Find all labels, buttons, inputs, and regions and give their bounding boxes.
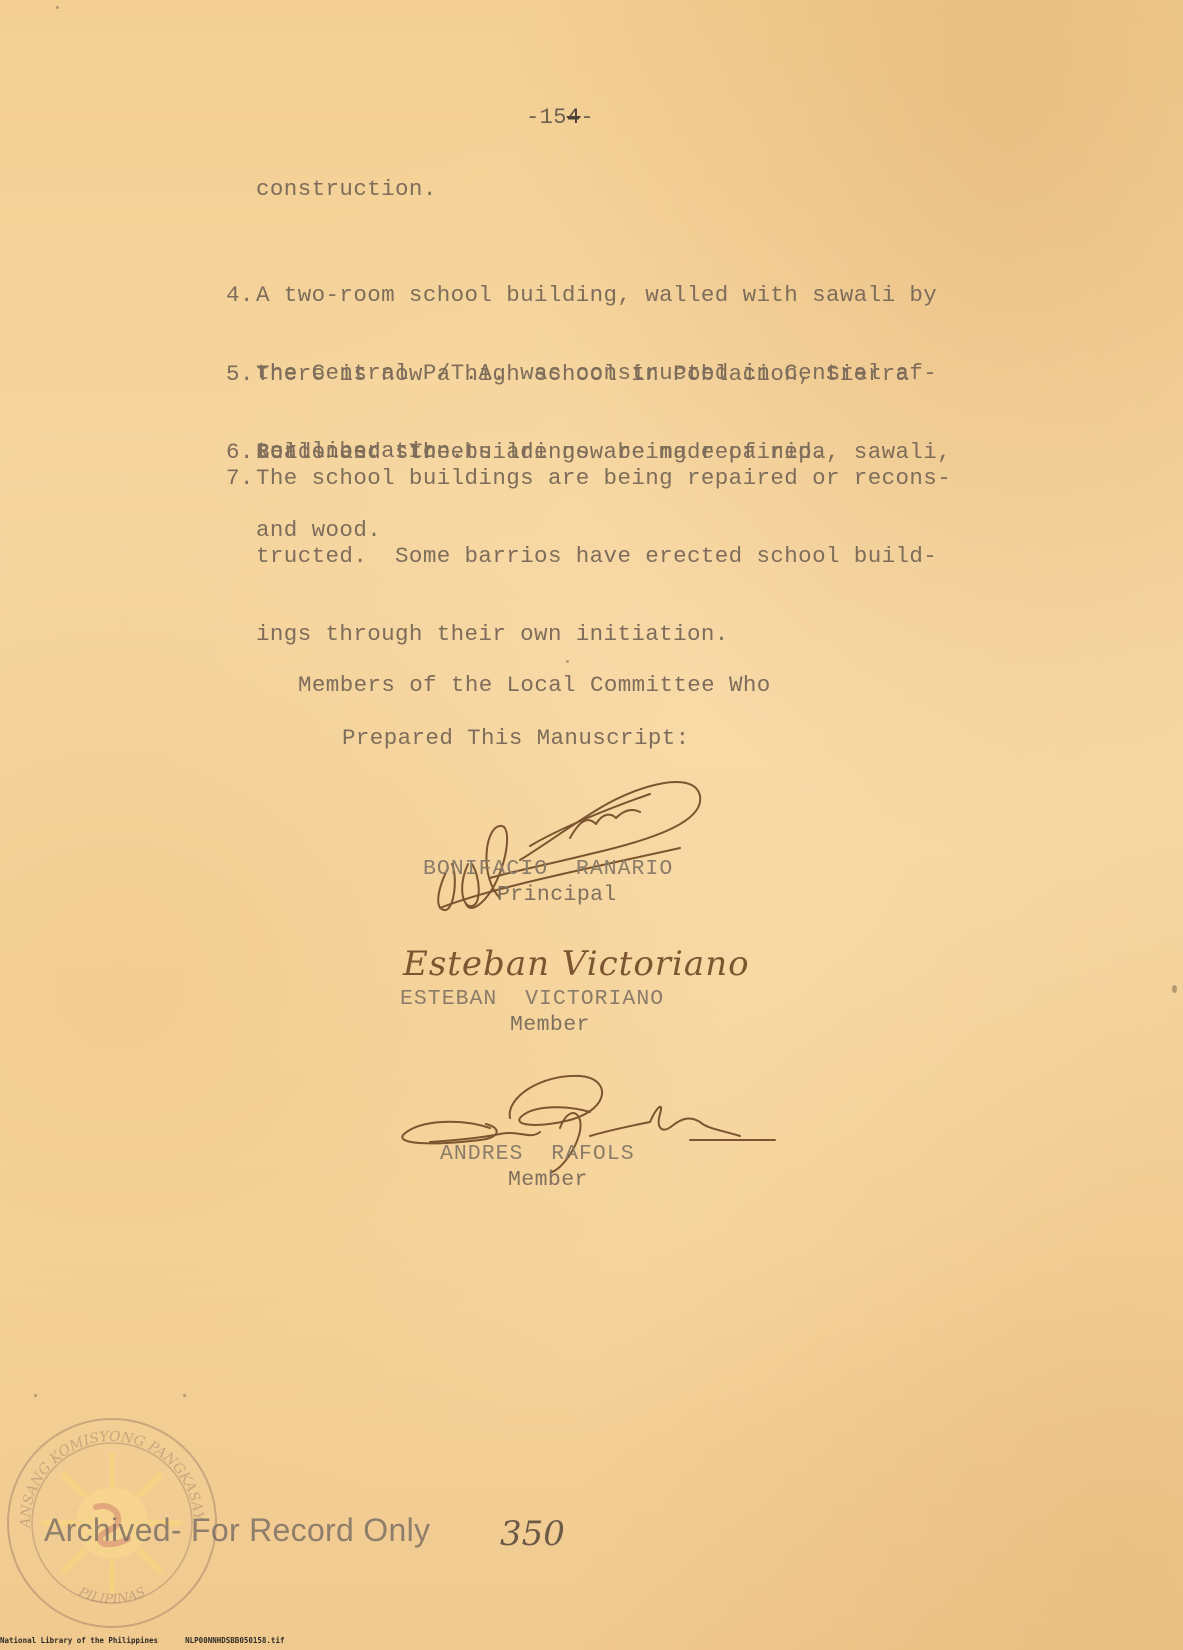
signature-victoriano: Esteban Victoriano	[403, 944, 750, 984]
list-item-line: ings through their own initiation.	[226, 621, 951, 647]
handwritten-folio-number: 350	[500, 1514, 565, 1554]
signatory-role: Member	[510, 1012, 590, 1038]
list-item-line: 7.The school buildings are being repaire…	[226, 465, 951, 491]
signatory-name: ESTEBAN VICTORIANO	[400, 986, 664, 1012]
footer-file-id: NLP00NNHDSBB050158.tif	[185, 1636, 284, 1645]
continuation-line: construction.	[256, 176, 437, 202]
page-number: -154-	[526, 105, 594, 131]
list-item-text: There is now a high school in Poblacion,…	[256, 361, 909, 387]
paper-speck	[183, 1394, 186, 1397]
signature-rafols	[390, 1068, 790, 1188]
archived-watermark: Archived- For Record Only	[44, 1512, 430, 1549]
page-number-struck-digit: 4	[567, 105, 581, 130]
list-item-number: 5.	[226, 361, 256, 387]
committee-heading-line-1: Members of the Local Committee Who	[298, 672, 771, 698]
list-item-7: 7.The school buildings are being repaire…	[226, 413, 951, 699]
list-item-number: 7.	[226, 465, 256, 491]
list-item-line: tructed. Some barrios have erected schoo…	[226, 543, 951, 569]
list-item-text: The school buildings are being repaired …	[256, 465, 951, 491]
paper-speck	[56, 6, 59, 9]
paper-speck	[1172, 985, 1177, 993]
list-item-number: 4.	[226, 282, 256, 308]
list-item-line: 5.There is now a high school in Poblacio…	[226, 361, 951, 387]
document-page: -154- construction. 4.A two-room school …	[0, 0, 1183, 1650]
list-item-text: A two-room school building, walled with …	[256, 282, 937, 308]
signatory-role: Principal	[497, 882, 617, 908]
scan-footer: National Library of the Philippines NLP0…	[0, 1636, 284, 1645]
footer-library: National Library of the Philippines	[0, 1636, 158, 1645]
signatory-name: ANDRES RAFOLS	[440, 1141, 635, 1167]
signatory-name: BONIFACIO RANARIO	[423, 856, 673, 882]
paper-speck	[566, 660, 569, 663]
list-item-line: 4.A two-room school building, walled wit…	[226, 282, 937, 308]
committee-heading-line-2: Prepared This Manuscript:	[342, 725, 690, 751]
page-number-digits: -15	[526, 105, 567, 130]
page-number-suffix: -	[580, 105, 594, 130]
paper-speck	[34, 1394, 37, 1397]
signatory-role: Member	[508, 1167, 588, 1193]
